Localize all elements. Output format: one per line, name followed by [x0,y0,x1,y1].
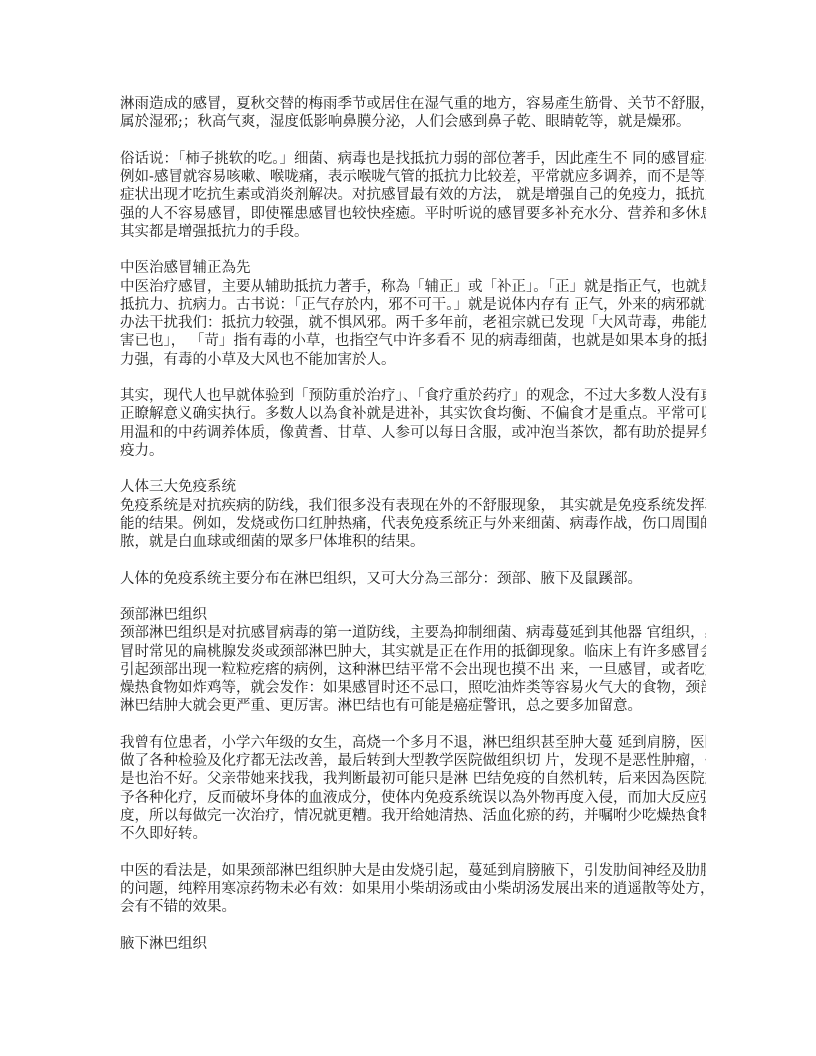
paragraph-line: 强的人不容易感冒，即使罹患感冒也较快痊癒。平时听说的感冒要多补充水分、营养和多休… [120,205,706,223]
paragraph-line: 正瞭解意义确实执行。多数人以為食补就是进补，其实饮食均衡、不偏食才是重点。平常可… [120,405,706,423]
paragraph-tcm-fuzheng: 中医治疗感冒，主要从辅助抵抗力著手，称為「辅正」或「补正」。「正」就是指正气，也… [120,278,706,369]
document-body: 淋雨造成的感冒，夏秋交替的梅雨季节或居住在湿气重的地方，容易產生筋骨、关节不舒服… [120,95,706,953]
paragraph-line: 用温和的中药调养体质，像黄耆、甘草、人参可以每日含服，或冲泡当茶饮，都有助於提昇… [120,424,706,442]
paragraph-line: 的问题，纯粹用寒凉药物未必有效：如果用小柴胡汤或由小柴胡汤发展出来的逍遥散等处方… [120,880,706,898]
paragraph-line: 例如-感冒就容易咳嗽、喉咙痛，表示喉咙气管的抵抗力比较差，平常就应多调养，而不是… [120,168,706,186]
paragraph-line: 害已也」， 「苛」指有毒的小草，也指空气中许多看不 见的病毒细菌，也就是如果本身… [120,332,706,350]
paragraph-line: 引起颈部出现一粒粒疙瘩的病例，这种淋巴结平常不会出现也摸不出 来，一旦感冒，或者… [120,661,706,679]
paragraph-line: 俗话说：「柿子挑软的吃。」细菌、病毒也是找抵抗力弱的部位著手，因此產生不 同的感… [120,150,706,168]
paragraph-line: 力强，有毒的小草及大风也不能加害於人。 [120,351,706,369]
paragraph-line: 能的结果。例如，发烧或伤口红肿热痛，代表免疫系统正与外来细菌、病毒作战，伤口周围… [120,515,706,533]
paragraph-line: 中医治疗感冒，主要从辅助抵抗力著手，称為「辅正」或「补正」。「正」就是指正气，也… [120,278,706,296]
paragraph-line: 疫力。 [120,442,706,460]
paragraph-immune-defense: 免疫系统是对抗疾病的防线，我们很多没有表现在外的不舒服现象， 其实就是免疫系统发… [120,497,706,552]
section-heading: 人体三大免疫系统 [120,478,706,496]
paragraph-proverb-immunity: 俗话说：「柿子挑软的吃。」细菌、病毒也是找抵抗力弱的部位著手，因此產生不 同的感… [120,150,706,241]
paragraph-line: 燥热食物如炸鸡等，就会发作：如果感冒时还不忌口，照吃油炸类等容易火气大的食物，颈… [120,679,706,697]
paragraph-line: 淋巴结肿大就会更严重、更厉害。淋巴结也有可能是癌症警讯，总之要多加留意。 [120,697,706,715]
paragraph-neck-lymph: 颈部淋巴组织是对抗感冒病毒的第一道防线，主要為抑制细菌、病毒蔓延到其他器 官组织… [120,624,706,715]
paragraph-line: 会有不错的效果。 [120,898,706,916]
paragraph-line: 冒时常见的扁桃腺发炎或颈部淋巴肿大，其实就是正在作用的抵御现象。临床上有许多感冒… [120,643,706,661]
paragraph-line: 免疫系统是对抗疾病的防线，我们很多没有表现在外的不舒服现象， 其实就是免疫系统发… [120,497,706,515]
paragraph-lymph-distribution: 人体的免疫系统主要分布在淋巴组织，又可大分為三部分：颈部、腋下及鼠蹊部。 [120,570,706,588]
paragraph-line: 办法干扰我们：抵抗力较强，就不惧风邪。两千多年前，老祖宗就已发现「大风苛毒，弗能… [120,314,706,332]
paragraph-line: 是也治不好。父亲带她来找我，我判断最初可能只是淋 巴结免疫的自然机转，后来因為医… [120,770,706,788]
paragraph-line: 抵抗力、抗病力。古书说：「正气存於内，邪不可干。」就是说体内存有 正气，外来的病… [120,296,706,314]
section-heading: 中医治感冒辅正為先 [120,259,706,277]
paragraph-prevention: 其实，现代人也早就体验到「预防重於治疗」、「食疗重於药疗」的观念，不过大多数人没… [120,387,706,460]
paragraph-line: 度，所以每做完一次治疗，情况就更糟。我开给她清热、活血化瘀的药，并嘱咐少吃燥热食… [120,807,706,825]
paragraph-line: 予各种化疗，反而破坏身体的血液成分，使体内免疫系统误以為外物再度入侵，而加大反应… [120,789,706,807]
paragraph-line: 其实都是增强抵抗力的手段。 [120,223,706,241]
paragraph-line: 颈部淋巴组织是对抗感冒病毒的第一道防线，主要為抑制细菌、病毒蔓延到其他器 官组织… [120,624,706,642]
paragraph-line: 人体的免疫系统主要分布在淋巴组织，又可大分為三部分：颈部、腋下及鼠蹊部。 [120,570,706,588]
paragraph-line: 我曾有位患者，小学六年级的女生，高烧一个多月不退，淋巴组织甚至肿大蔓 延到肩膀，… [120,734,706,752]
paragraph-line: 不久即好转。 [120,825,706,843]
section-heading: 颈部淋巴组织 [120,606,706,624]
paragraph-line: 其实，现代人也早就体验到「预防重於治疗」、「食疗重於药疗」的观念，不过大多数人没… [120,387,706,405]
paragraph-line: 属於湿邪;；秋高气爽，湿度低影响鼻膜分泌，人们会感到鼻子乾、眼睛乾等，就是燥邪。 [120,113,706,131]
paragraph-tcm-view: 中医的看法是，如果颈部淋巴组织肿大是由发烧引起，蔓延到肩膀腋下，引发肋间神经及肋… [120,862,706,917]
paragraph-line: 淋雨造成的感冒，夏秋交替的梅雨季节或居住在湿气重的地方，容易產生筋骨、关节不舒服… [120,95,706,113]
paragraph-line: 中医的看法是，如果颈部淋巴组织肿大是由发烧引起，蔓延到肩膀腋下，引发肋间神经及肋… [120,862,706,880]
paragraph-damp-dry-evils: 淋雨造成的感冒，夏秋交替的梅雨季节或居住在湿气重的地方，容易產生筋骨、关节不舒服… [120,95,706,132]
section-heading: 腋下淋巴组织 [120,935,706,953]
paragraph-patient-case: 我曾有位患者，小学六年级的女生，高烧一个多月不退，淋巴组织甚至肿大蔓 延到肩膀，… [120,734,706,844]
paragraph-line: 症状出现才吃抗生素或消炎剂解决。对抗感冒最有效的方法， 就是增强自己的免疫力，抵… [120,186,706,204]
paragraph-line: 做了各种检验及化疗都无法改善，最后转到大型教学医院做组织切 片，发现不是恶性肿瘤… [120,752,706,770]
paragraph-line: 脓，就是白血球或细菌的眾多尸体堆积的结果。 [120,533,706,551]
document-page: 淋雨造成的感冒，夏秋交替的梅雨季节或居住在湿气重的地方，容易產生筋骨、关节不舒服… [0,0,816,1056]
